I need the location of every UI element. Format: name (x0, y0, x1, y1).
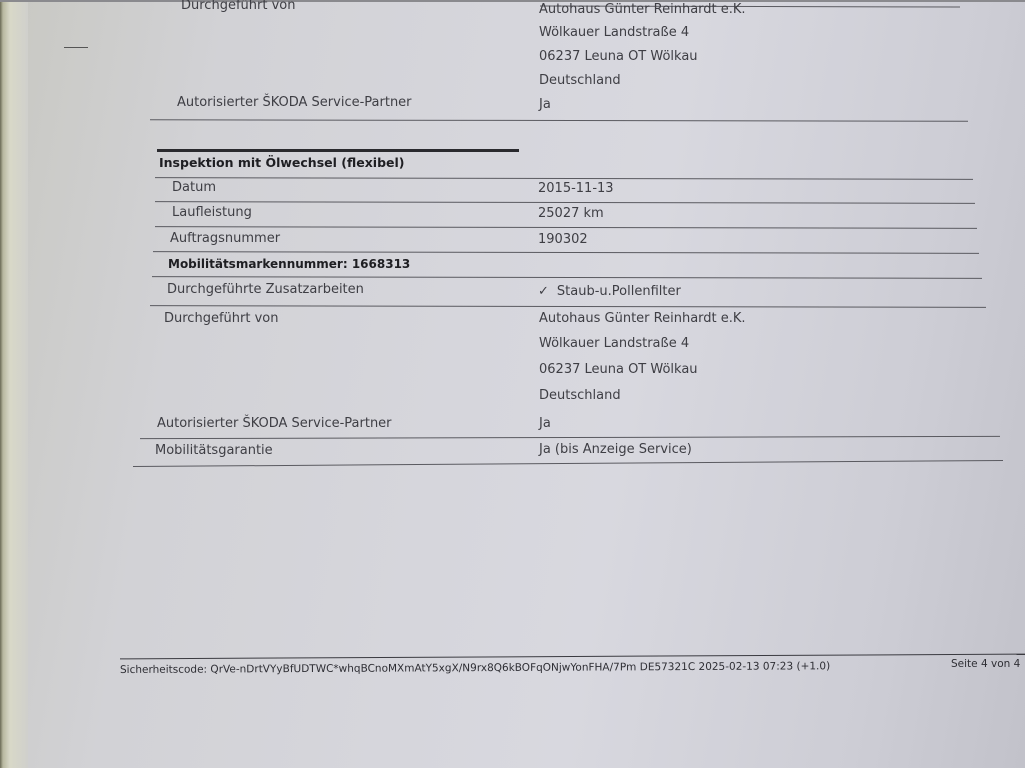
dealer-street: Wölkauer Landstraße 4 (539, 336, 689, 351)
extra-work-label: Durchgeführte Zusatzarbeiten (167, 282, 364, 297)
footer-rule (120, 654, 1025, 660)
authorized-partner-label: Autorisierter ŠKODA Service-Partner (177, 95, 412, 110)
dealer-street: Wölkauer Landstraße 4 (539, 25, 689, 40)
extra-work-item: ✓Staub-u.Pollenfilter (538, 284, 681, 299)
divider (133, 460, 1003, 467)
mobility-guarantee-label: Mobilitätsgarantie (155, 443, 273, 458)
mobility-guarantee-value: Ja (bis Anzeige Service) (539, 442, 692, 457)
extra-work-value: Staub-u.Pollenfilter (557, 284, 681, 299)
authorized-partner-label: Autorisierter ŠKODA Service-Partner (157, 416, 392, 431)
order-number-label: Auftragsnummer (170, 231, 280, 246)
check-icon: ✓ (538, 284, 549, 299)
performed-by-label: Durchgeführt von (164, 311, 278, 326)
date-value: 2015-11-13 (538, 181, 614, 196)
divider (155, 226, 977, 229)
dealer-name: Autohaus Günter Reinhardt e.K. (539, 2, 746, 17)
security-code: Sicherheitscode: QrVe-nDrtVYyBfUDTWC*whq… (120, 660, 830, 676)
section-title: Inspektion mit Ölwechsel (flexibel) (159, 155, 405, 170)
order-number-value: 190302 (538, 232, 588, 247)
photo-top-edge (0, 0, 1025, 2)
authorized-partner-value: Ja (539, 97, 551, 112)
divider (152, 276, 982, 279)
divider (140, 436, 1000, 439)
divider (153, 251, 979, 254)
dealer-country: Deutschland (539, 73, 621, 88)
divider (155, 201, 975, 204)
divider (150, 305, 986, 308)
authorized-partner-value: Ja (539, 416, 551, 431)
mileage-label: Laufleistung (172, 205, 252, 220)
page-number: Seite 4 von 4 (951, 658, 1020, 670)
dealer-city: 06237 Leuna OT Wölkau (539, 49, 698, 64)
dealer-name: Autohaus Günter Reinhardt e.K. (539, 311, 746, 326)
dealer-country: Deutschland (539, 388, 621, 403)
photo-edge (0, 0, 28, 768)
divider (150, 119, 968, 121)
mobility-mark-number: Mobilitätsmarkennummer: 1668313 (168, 257, 410, 271)
mileage-value: 25027 km (538, 206, 604, 221)
divider (155, 177, 973, 180)
performed-by-label: Durchgeführt von (181, 0, 295, 13)
date-label: Datum (172, 180, 216, 195)
section-rule (157, 149, 519, 152)
dealer-city: 06237 Leuna OT Wölkau (539, 362, 698, 377)
fold-mark (64, 47, 88, 48)
